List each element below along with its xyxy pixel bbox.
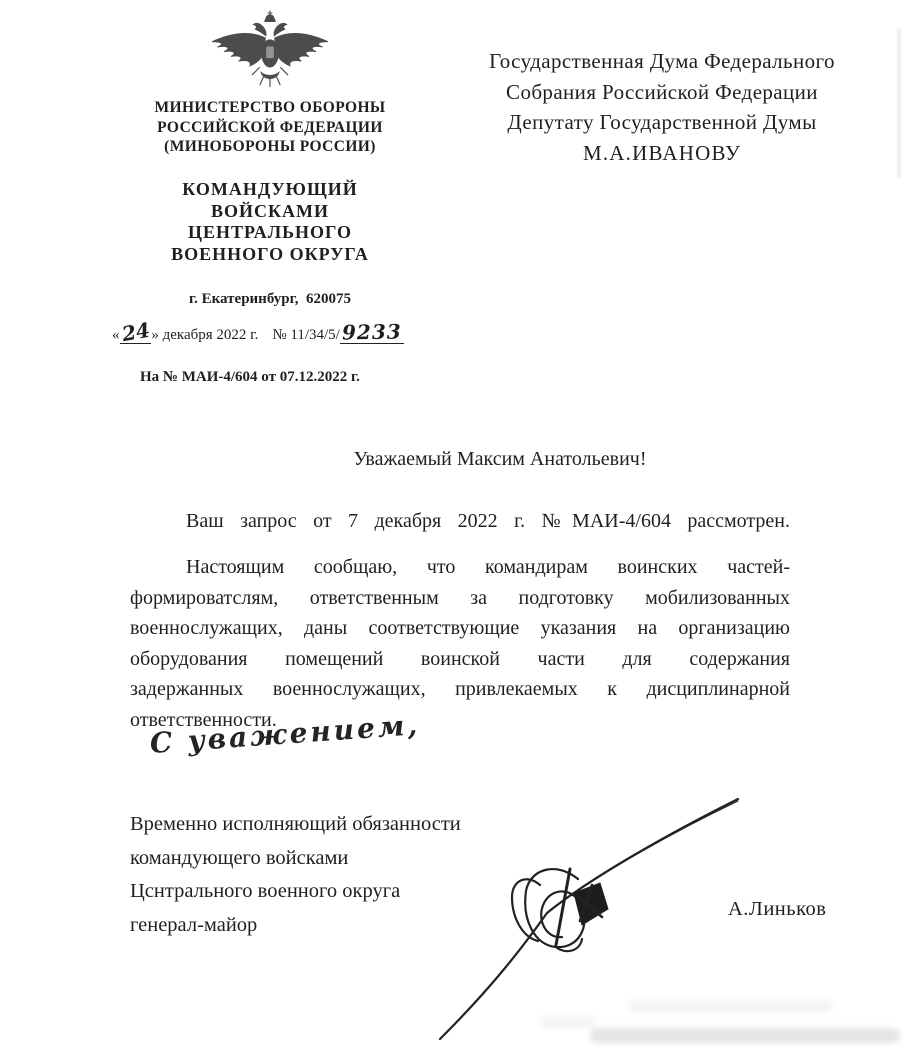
recipient-block: Государственная Дума Федерального Собран… bbox=[424, 46, 900, 168]
date-rest: » декабря 2022 г. bbox=[151, 327, 258, 343]
ministry-line: (МИНОБОРОНЫ РОССИИ) bbox=[110, 137, 430, 157]
ministry-header: МИНИСТЕРСТВО ОБОРОНЫ РОССИЙСКОЙ ФЕДЕРАЦИ… bbox=[110, 98, 430, 157]
body-line: задержанных военнослужащих, привлекаемых… bbox=[130, 674, 790, 705]
handwritten-day: 24 bbox=[120, 320, 151, 345]
signer-name: А.Линьков bbox=[728, 898, 826, 921]
commander-line: ЦЕНТРАЛЬНОГО bbox=[110, 222, 430, 244]
ministry-line: РОССИЙСКОЙ ФЕДЕРАЦИИ bbox=[110, 118, 430, 138]
outgoing-number-label: № 11/34/5/ bbox=[272, 327, 340, 343]
reference-line: На № МАИ-4/604 от 07.12.2022 г. bbox=[140, 369, 480, 386]
scan-edge-artifact bbox=[897, 28, 901, 178]
scan-smudge bbox=[540, 1016, 595, 1028]
body-line: военнослужащих, даны соответствующие ука… bbox=[130, 613, 790, 644]
recipient-line: Государственная Дума Федерального bbox=[424, 46, 900, 77]
body-line: оборудования помещений воинской части дл… bbox=[130, 644, 790, 675]
letter-document: МИНИСТЕРСТВО ОБОРОНЫ РОССИЙСКОЙ ФЕДЕРАЦИ… bbox=[0, 0, 906, 1049]
scan-smudge bbox=[628, 1000, 833, 1012]
date-quote-open: « bbox=[112, 327, 120, 343]
commander-header: КОМАНДУЮЩИЙ ВОЙСКАМИ ЦЕНТРАЛЬНОГО ВОЕННО… bbox=[110, 179, 430, 265]
city-line: г. Екатеринбург, 620075 bbox=[110, 291, 430, 308]
ministry-line: МИНИСТЕРСТВО ОБОРОНЫ bbox=[110, 98, 430, 118]
commander-line: ВОЕННОГО ОКРУГА bbox=[110, 244, 430, 266]
recipient-line: Депутату Государственной Думы bbox=[424, 107, 900, 138]
date-number-line: «24» декабря 2022 г.№ 11/34/5/9233 bbox=[112, 322, 472, 344]
scan-smudge bbox=[590, 1028, 900, 1043]
body-line: формироватслям, ответственным за подгото… bbox=[130, 583, 790, 614]
paragraph-1: Ваш запрос от 7 декабря 2022 г. №МАИ-4/6… bbox=[130, 506, 790, 537]
commander-line: КОМАНДУЮЩИЙ bbox=[110, 179, 430, 201]
paragraph-2: Настоящим сообщаю, что командирам воинск… bbox=[130, 552, 790, 735]
double-headed-eagle-emblem-icon bbox=[205, 6, 335, 98]
recipient-name: М.А.ИВАНОВУ bbox=[424, 138, 900, 169]
commander-line: ВОЙСКАМИ bbox=[110, 201, 430, 223]
handwritten-number: 9233 bbox=[342, 321, 402, 342]
body-line: Настоящим сообщаю, что командирам воинск… bbox=[130, 552, 790, 583]
recipient-line: Собрания Российской Федерации bbox=[424, 77, 900, 108]
salutation: Уважаемый Максим Анатольевич! bbox=[210, 448, 790, 471]
